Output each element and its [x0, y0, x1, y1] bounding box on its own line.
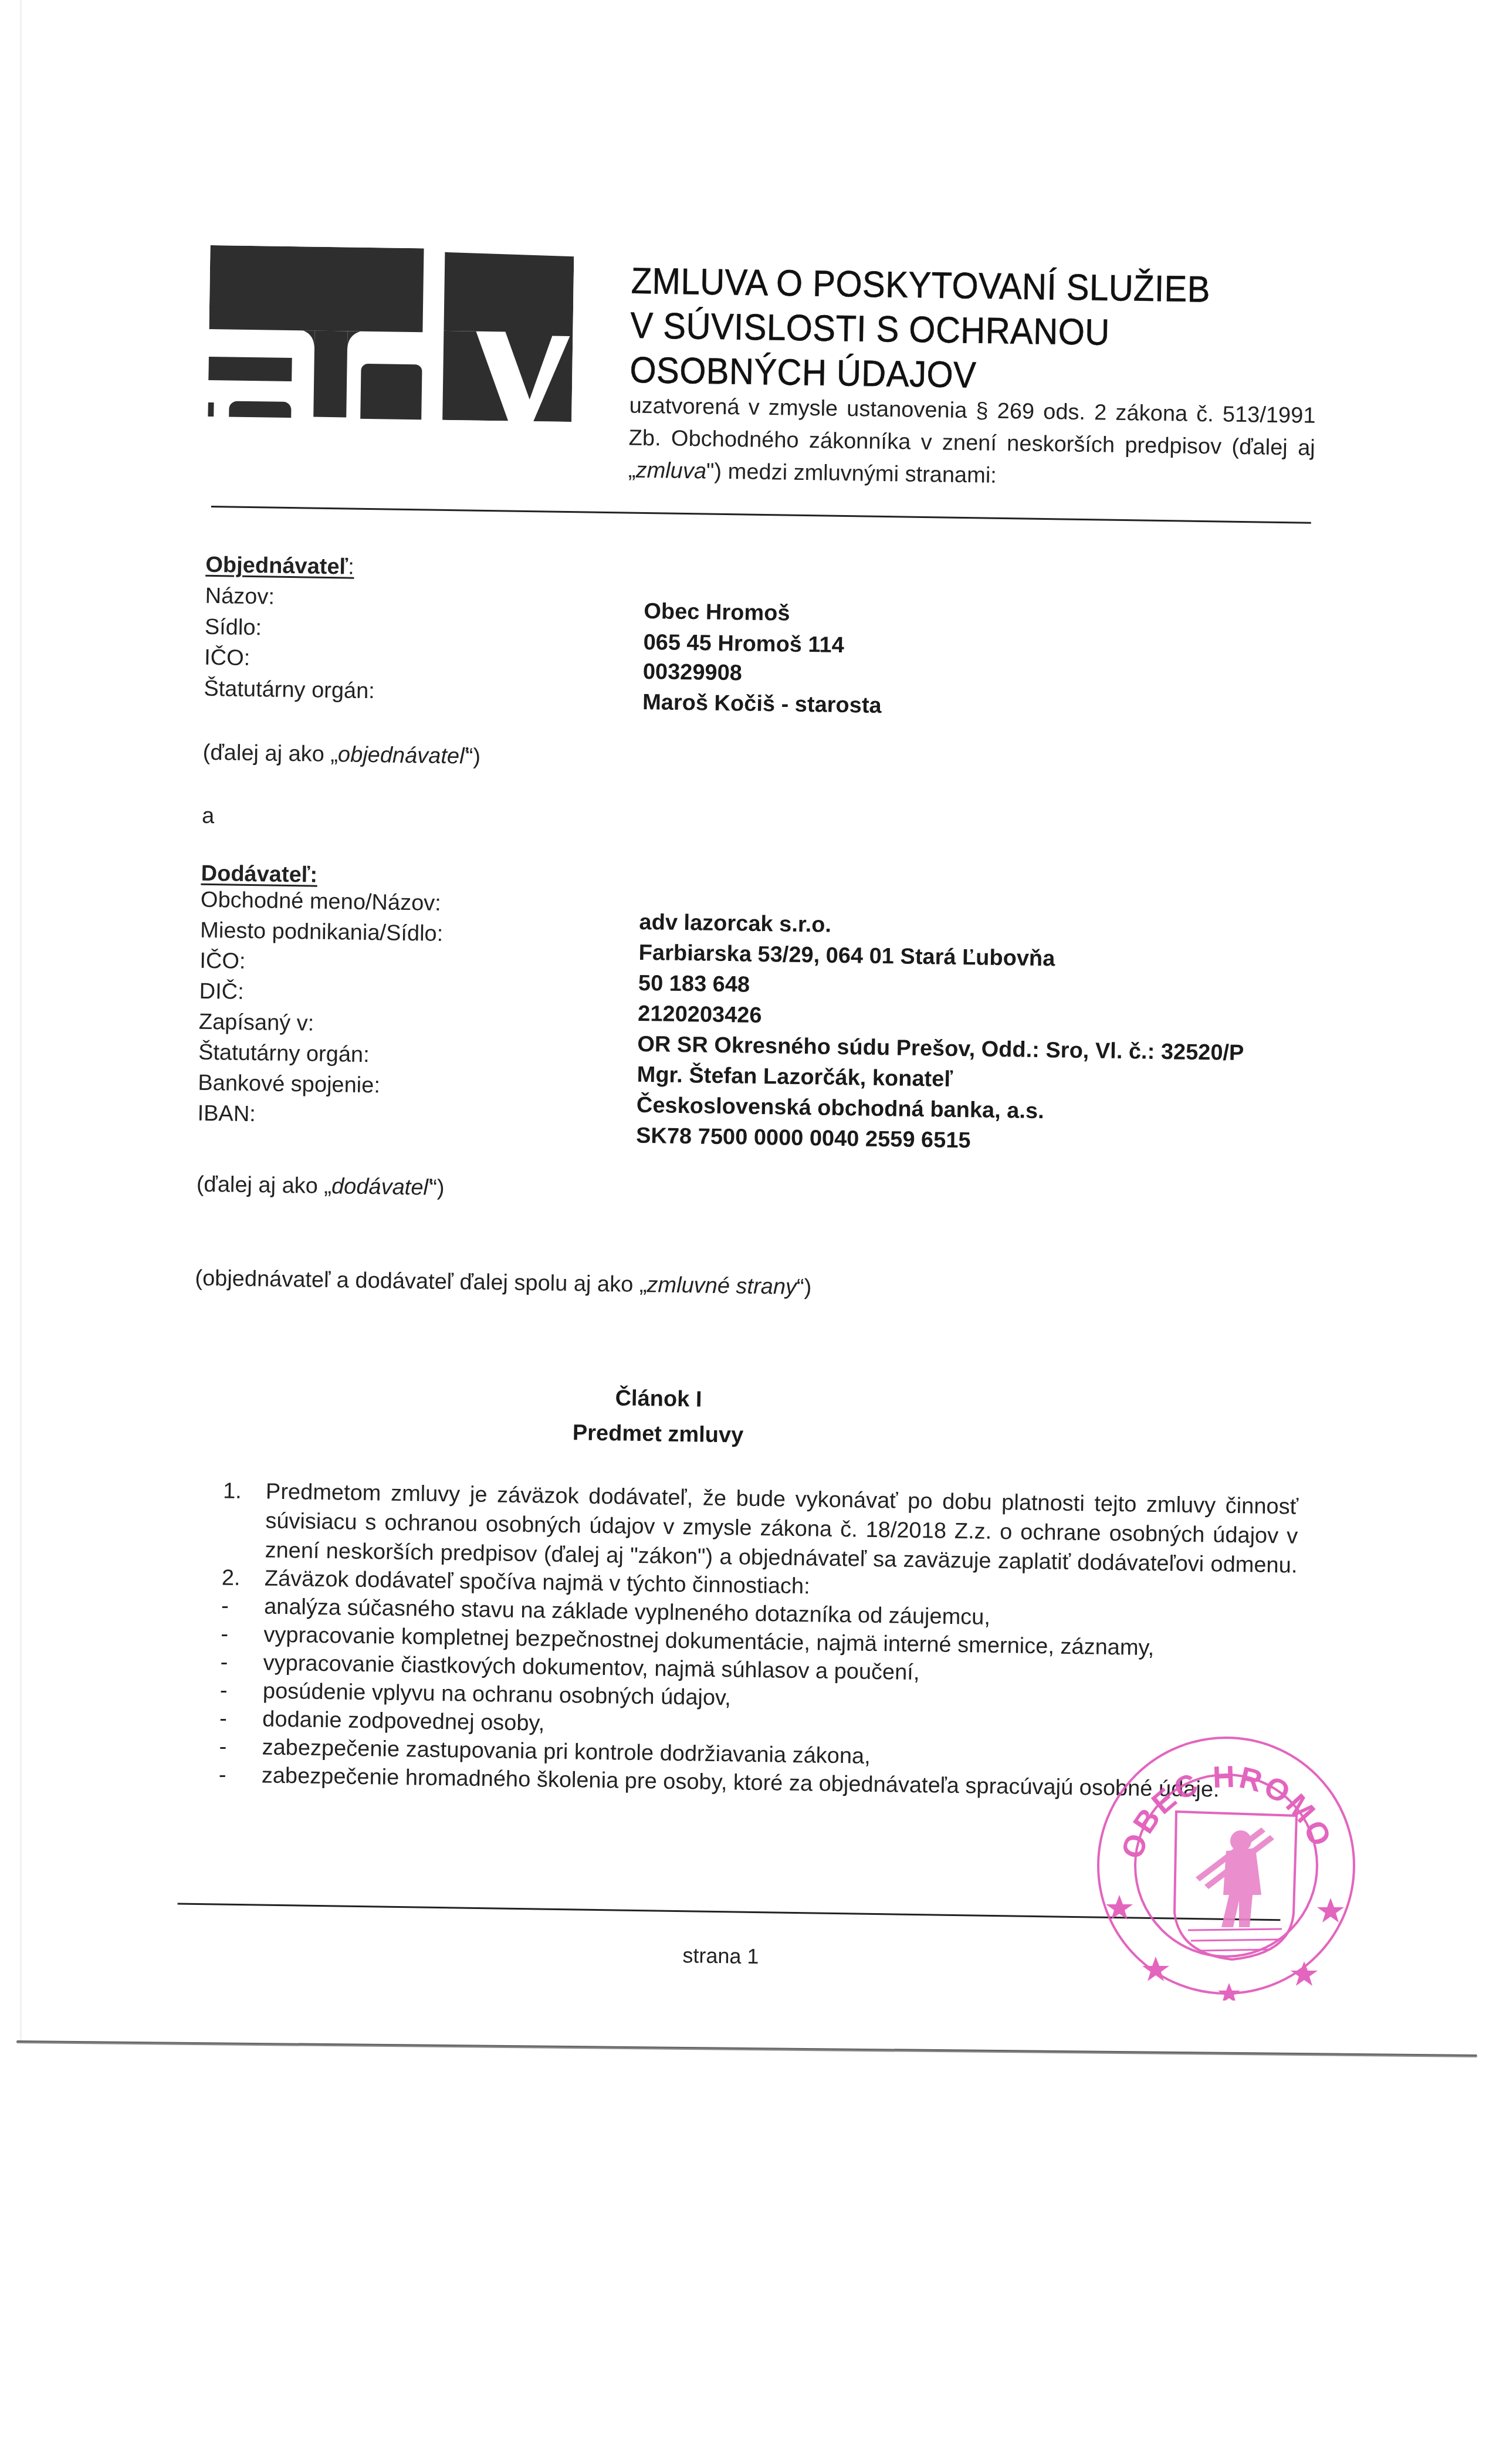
alias-prefix: (ďalej aj ako „	[196, 1172, 331, 1199]
bullet-marker: -	[221, 1622, 228, 1647]
parties-note: (objednávateľ a dodávateľ ďalej spolu aj…	[195, 1266, 812, 1301]
conjunction-a: a	[202, 804, 215, 829]
intro-suffix: ") medzi zmluvnými stranami:	[706, 459, 997, 488]
objednavatel-label-statutarny-organ: Štatutárny orgán:	[204, 676, 375, 704]
bullet-marker: -	[220, 1650, 228, 1675]
dodavatel-label-sidlo: Miesto podnikania/Sídlo:	[200, 918, 444, 947]
dodavatel-alias: (ďalej aj ako „dodávateľ“)	[196, 1172, 444, 1201]
dodavatel-value-sidlo: Farbiarska 53/29, 064 01 Stará Ľubovňa	[638, 940, 1055, 972]
intro-line-1: uzatvorená v zmysle ustanovenia § 269 od…	[629, 394, 1316, 429]
dodavatel-value-statutarny-organ: Mgr. Štefan Lazorčák, konateľ	[637, 1062, 953, 1092]
alias-suffix: “)	[429, 1176, 445, 1200]
alias-suffix: “)	[465, 744, 480, 769]
quote-open: „	[628, 458, 636, 483]
document-title-line-3: OSOBNÝCH ÚDAJOV	[629, 349, 977, 397]
document-title-line-2: V SÚVISLOSTI S OCHRANOU	[630, 304, 1110, 354]
header-divider	[211, 506, 1311, 524]
objednavatel-label-nazov: Názov:	[205, 584, 275, 610]
dodavatel-value-bankove-spojenie: Československá obchodná banka, a.s.	[637, 1093, 1044, 1124]
activity-bullet-5: dodanie zodpovednej osoby,	[262, 1707, 545, 1737]
bullet-marker: -	[219, 1762, 226, 1788]
objednavatel-label-ico: IČO:	[204, 645, 251, 671]
dodavatel-label-dic: DIČ:	[199, 979, 244, 1005]
alias-term: objednávateľ	[338, 742, 466, 769]
dodavatel-label-ico: IČO:	[199, 949, 246, 974]
dodavatel-label-bankove-spojenie: Bankové spojenie:	[198, 1071, 380, 1099]
dodavatel-value-dic: 2120203426	[638, 1001, 762, 1028]
objednavatel-value-nazov: Obec Hromoš	[644, 599, 790, 627]
list-marker-1: 1.	[223, 1478, 242, 1504]
dodavatel-heading-text: Dodávateľ	[201, 861, 310, 888]
dodavatel-label-obchodne-meno: Obchodné meno/Názov:	[201, 888, 441, 916]
objednavatel-value-statutarny-organ: Maroš Kočiš - starosta	[642, 690, 882, 719]
intro-line-3: „zmluva") medzi zmluvnými stranami:	[628, 458, 1315, 493]
parties-note-term: zmluvné strany	[647, 1272, 797, 1299]
adv-logo-icon	[208, 245, 574, 422]
municipal-stamp-icon: OBEC HROMOS	[1085, 1719, 1367, 2001]
activity-bullet-4: posúdenie vplyvu na ochranu osobných úda…	[263, 1679, 731, 1711]
objednavatel-heading: Objednávateľ:	[205, 553, 354, 580]
heading-colon: :	[310, 863, 317, 888]
dodavatel-value-iban: SK78 7500 0000 0040 2559 6515	[636, 1123, 971, 1153]
bullet-marker: -	[221, 1593, 229, 1619]
dodavatel-value-obchodne-meno: adv lazorcak s.r.o.	[639, 910, 831, 938]
dodavatel-heading: Dodávateľ:	[201, 861, 317, 888]
dodavatel-label-iban: IBAN:	[197, 1101, 256, 1127]
alias-prefix: (ďalej aj ako „	[202, 740, 338, 767]
activity-bullet-7: zabezpečenie hromadného školenia pre oso…	[262, 1764, 1220, 1803]
dodavatel-value-ico: 50 183 648	[638, 971, 750, 998]
dodavatel-value-zapisany: OR SR Okresného súdu Prešov, Odd.: Sro, …	[637, 1032, 1244, 1066]
heading-colon: :	[348, 554, 354, 579]
dodavatel-label-zapisany: Zapísaný v:	[199, 1010, 314, 1037]
objednavatel-label-sidlo: Sídlo:	[205, 615, 262, 641]
parties-note-prefix: (objednávateľ a dodávateľ ďalej spolu aj…	[195, 1266, 647, 1297]
document-title-line-1: ZMLUVA O POSKYTOVANÍ SLUŽIEB	[631, 260, 1210, 311]
list-marker-2: 2.	[222, 1565, 241, 1590]
bullet-marker: -	[220, 1678, 228, 1703]
bullet-marker: -	[219, 1734, 226, 1759]
objednavatel-heading-text: Objednávateľ	[205, 553, 348, 580]
bullet-marker: -	[219, 1706, 227, 1731]
parties-note-suffix: “)	[797, 1275, 812, 1299]
dodavatel-label-statutarny-organ: Štatutárny orgán:	[198, 1040, 370, 1068]
item-2-line-1: Záväzok dodávateľ spočíva najmä v týchto…	[265, 1566, 810, 1600]
objednavatel-alias: (ďalej aj ako „objednávateľ“)	[202, 740, 480, 770]
objednavatel-value-ico: 00329908	[643, 659, 743, 686]
intro-alias: zmluva	[635, 458, 706, 484]
objednavatel-value-sidlo: 065 45 Hromoš 114	[643, 630, 844, 658]
alias-term: dodávateľ	[331, 1174, 430, 1200]
intro-line-2: Zb. Obchodného zákonníka v znení neskorš…	[628, 426, 1315, 461]
